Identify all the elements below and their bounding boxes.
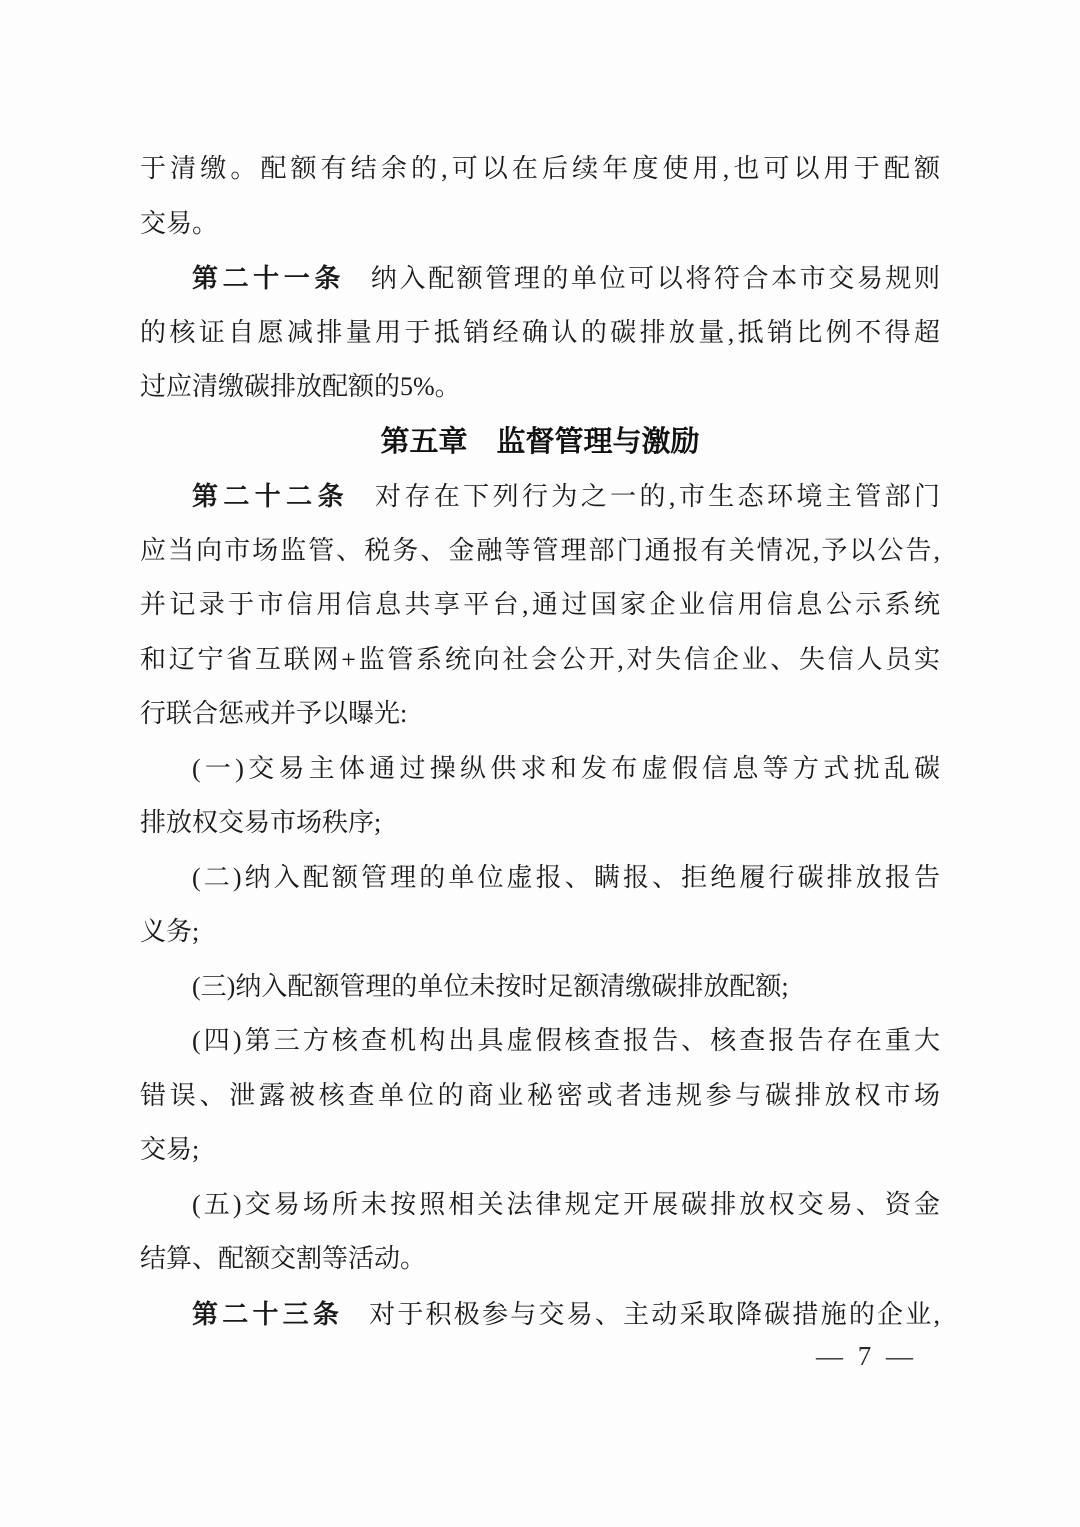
line-text: 交易; bbox=[140, 1135, 199, 1164]
text-line: 结算、配额交割等活动。 bbox=[140, 1232, 940, 1287]
document-body: 于清缴。配额有结余的,可以在后续年度使用,也可以用于配额 交易。 第二十一条纳入… bbox=[140, 142, 940, 1341]
list-item-line: (五)交易场所未按照相关法律规定开展碳排放权交易、资金 bbox=[140, 1178, 940, 1233]
text-line: 并记录于市信用信息共享平台,通过国家企业信用信息公示系统 bbox=[140, 578, 940, 633]
line-text: 应当向市场监管、税务、金融等管理部门通报有关情况,予以公告, bbox=[140, 536, 940, 565]
article-number: 第二十三条 bbox=[192, 1299, 343, 1329]
text-line: 排放权交易市场秩序; bbox=[140, 796, 940, 851]
line-text: 结算、配额交割等活动。 bbox=[140, 1244, 426, 1273]
line-text: (三)纳入配额管理的单位未按时足额清缴碳排放配额; bbox=[192, 972, 789, 1001]
line-text: 过应清缴碳排放配额的5%。 bbox=[140, 372, 461, 401]
text-line: 和辽宁省互联网+监管系统向社会公开,对失信企业、失信人员实 bbox=[140, 633, 940, 688]
line-text: 的核证自愿减排量用于抵销经确认的碳排放量,抵销比例不得超 bbox=[140, 318, 940, 347]
line-text: 和辽宁省互联网+监管系统向社会公开,对失信企业、失信人员实 bbox=[140, 645, 940, 674]
article-line: 第二十二条对存在下列行为之一的,市生态环境主管部门 bbox=[140, 469, 940, 524]
chapter-heading: 第五章 监督管理与激励 bbox=[140, 415, 940, 470]
text-line: 交易; bbox=[140, 1123, 940, 1178]
line-text: (二)纳入配额管理的单位虚报、瞒报、拒绝履行碳排放报告 bbox=[192, 863, 940, 892]
article-line: 第二十三条对于积极参与交易、主动采取降碳措施的企业, bbox=[140, 1287, 940, 1342]
line-text: 对于积极参与交易、主动采取降碳措施的企业, bbox=[369, 1300, 940, 1329]
text-line: 过应清缴碳排放配额的5%。 bbox=[140, 360, 940, 415]
line-text: (五)交易场所未按照相关法律规定开展碳排放权交易、资金 bbox=[192, 1190, 940, 1219]
article-number: 第二十一条 bbox=[192, 263, 345, 293]
line-text: 于清缴。配额有结余的,可以在后续年度使用,也可以用于配额 bbox=[140, 154, 940, 183]
document-page: 于清缴。配额有结余的,可以在后续年度使用,也可以用于配额 交易。 第二十一条纳入… bbox=[0, 0, 1080, 1527]
text-line: 行联合惩戒并予以曝光: bbox=[140, 687, 940, 742]
line-text: 交易。 bbox=[140, 209, 218, 238]
text-line: 义务; bbox=[140, 905, 940, 960]
line-text: 义务; bbox=[140, 917, 199, 946]
text-line: 于清缴。配额有结余的,可以在后续年度使用,也可以用于配额 bbox=[140, 142, 940, 197]
page-number: — 7 — bbox=[816, 1341, 917, 1372]
text-line: 的核证自愿减排量用于抵销经确认的碳排放量,抵销比例不得超 bbox=[140, 306, 940, 361]
list-item-line: (一)交易主体通过操纵供求和发布虚假信息等方式扰乱碳 bbox=[140, 742, 940, 797]
text-line: 交易。 bbox=[140, 197, 940, 252]
line-text: 错误、泄露被核查单位的商业秘密或者违规参与碳排放权市场 bbox=[140, 1081, 940, 1110]
line-text: 纳入配额管理的单位可以将符合本市交易规则 bbox=[371, 264, 940, 293]
line-text: 排放权交易市场秩序; bbox=[140, 808, 381, 837]
article-line: 第二十一条纳入配额管理的单位可以将符合本市交易规则 bbox=[140, 251, 940, 306]
list-item-line: (二)纳入配额管理的单位虚报、瞒报、拒绝履行碳排放报告 bbox=[140, 851, 940, 906]
line-text: (一)交易主体通过操纵供求和发布虚假信息等方式扰乱碳 bbox=[192, 754, 940, 783]
text-line: 错误、泄露被核查单位的商业秘密或者违规参与碳排放权市场 bbox=[140, 1069, 940, 1124]
text-line: 应当向市场监管、税务、金融等管理部门通报有关情况,予以公告, bbox=[140, 524, 940, 579]
article-number: 第二十二条 bbox=[192, 481, 349, 511]
list-item-line: (三)纳入配额管理的单位未按时足额清缴碳排放配额; bbox=[140, 960, 940, 1015]
list-item-line: (四)第三方核查机构出具虚假核查报告、核查报告存在重大 bbox=[140, 1014, 940, 1069]
line-text: 并记录于市信用信息共享平台,通过国家企业信用信息公示系统 bbox=[140, 590, 940, 619]
line-text: (四)第三方核查机构出具虚假核查报告、核查报告存在重大 bbox=[192, 1026, 940, 1055]
line-text: 对存在下列行为之一的,市生态环境主管部门 bbox=[375, 482, 940, 511]
line-text: 行联合惩戒并予以曝光: bbox=[140, 699, 407, 728]
